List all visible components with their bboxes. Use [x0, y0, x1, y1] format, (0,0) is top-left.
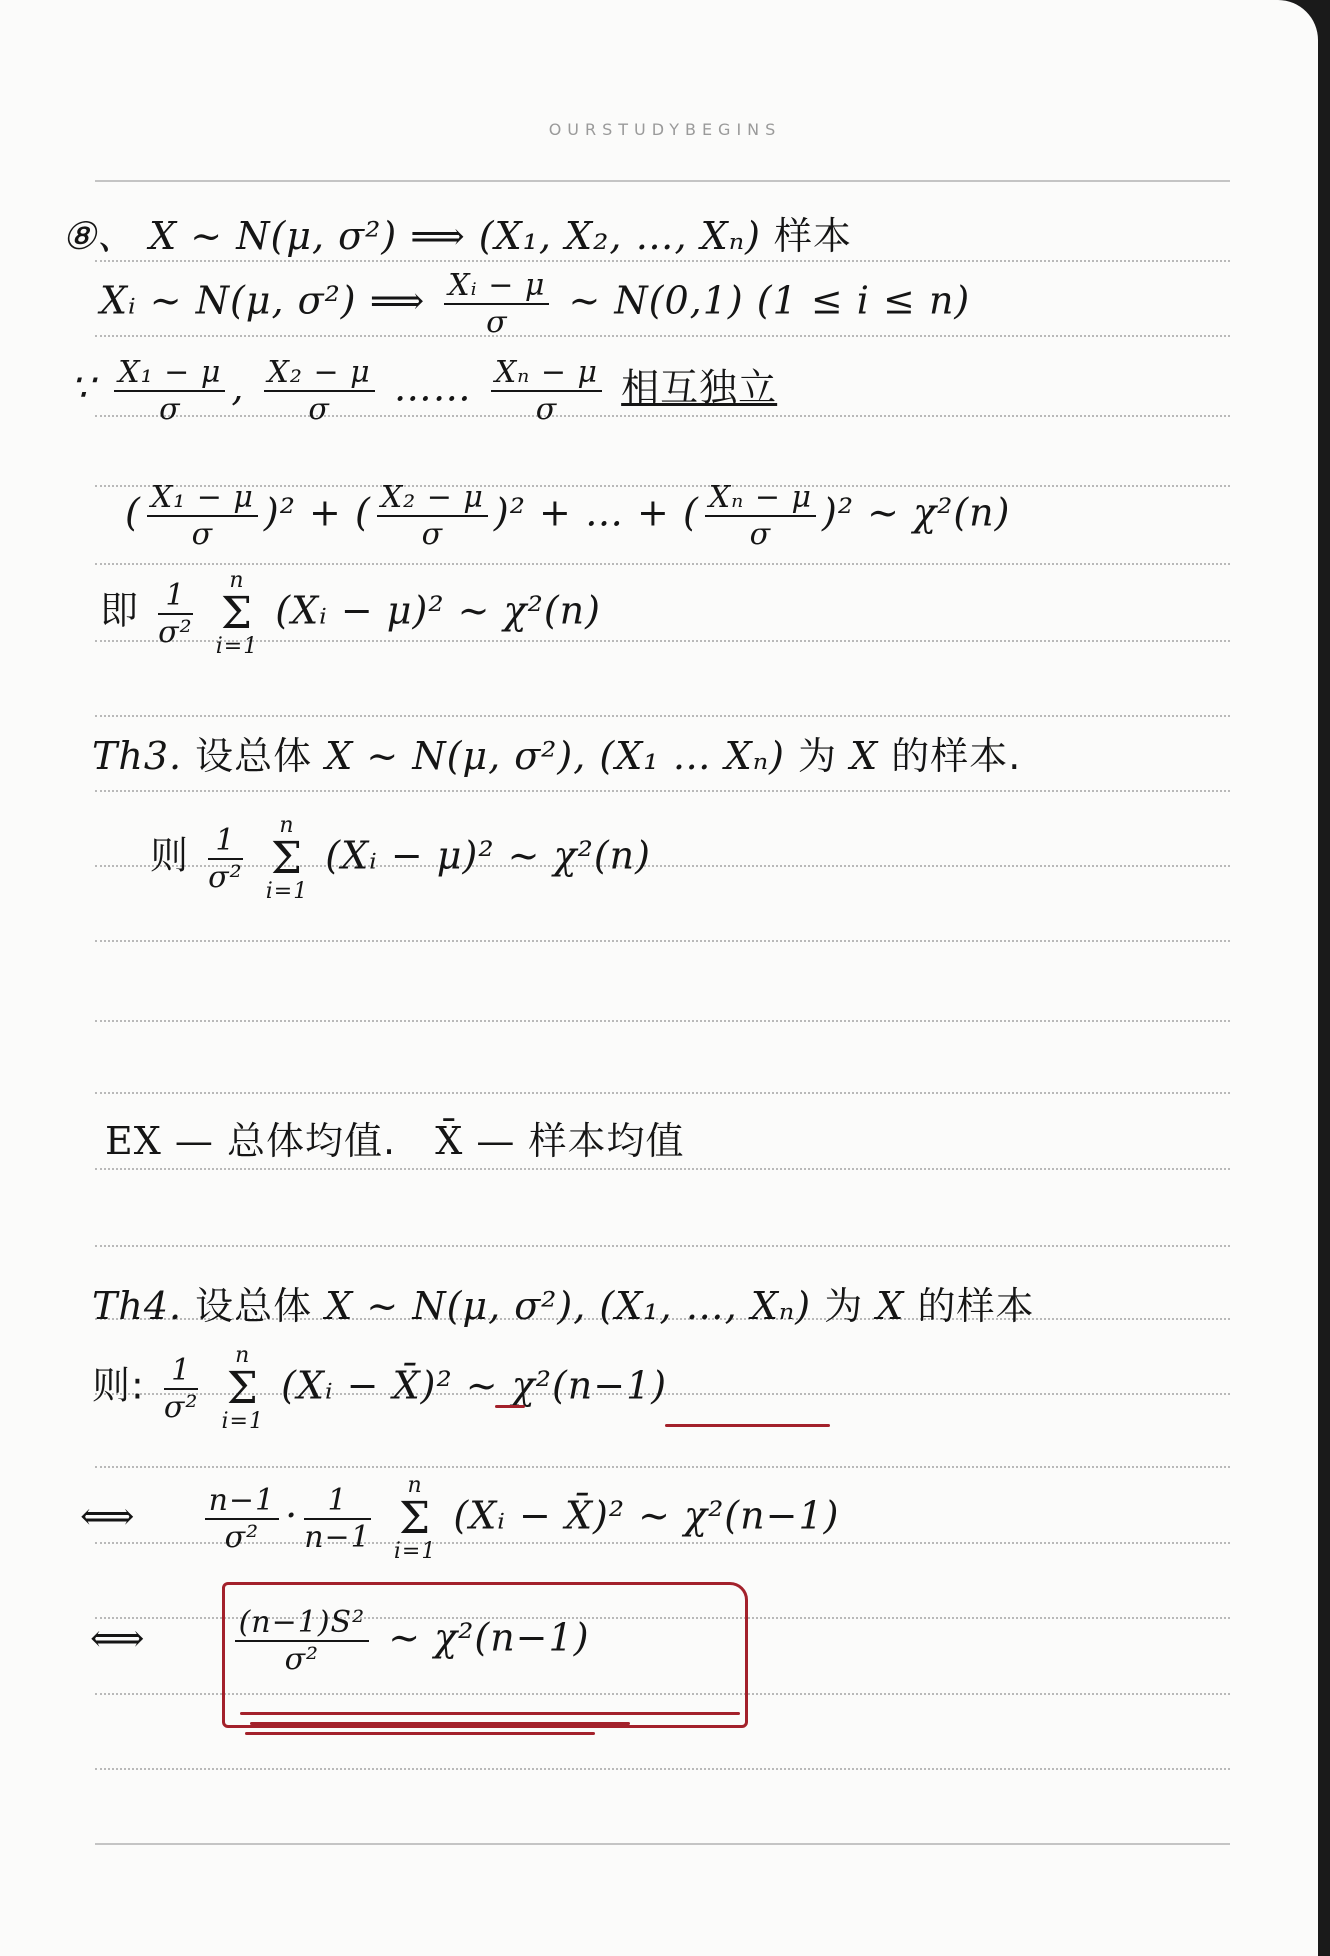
cjk-text: 则	[150, 834, 189, 878]
cjk-text: 设总体	[195, 734, 312, 778]
numerator: X₁ − μ	[147, 480, 258, 517]
math-expression: X̄ —	[396, 1119, 528, 1163]
note-line-12-result: ⟺ (n−1)S²σ² ~ χ²(n−1)	[90, 1605, 590, 1677]
math-expression: X ~ N(μ, σ²) ⟹ (X₁, X₂, …, Xₙ)	[149, 214, 761, 258]
fraction: X₂ − μσ	[377, 480, 488, 552]
sigma-icon: Σ	[222, 1367, 264, 1411]
denominator: σ	[491, 392, 602, 427]
red-underline	[240, 1712, 740, 1715]
red-underline	[665, 1424, 830, 1427]
cjk-text: 相互独立	[621, 366, 777, 410]
sum-lower: i=1	[222, 1409, 264, 1434]
denominator: σ²	[208, 860, 243, 895]
note-line-8: EX — 总体均值. X̄ — 样本均值	[105, 1110, 685, 1165]
math-expression: (Xᵢ − X̄)² ~ χ²(n−1)	[281, 1364, 667, 1408]
math-expression: X	[837, 734, 891, 778]
math-expression: X ~ N(μ, σ²), (X₁ … Xₙ)	[312, 734, 798, 778]
cjk-text: 即	[100, 589, 139, 633]
theorem-label: Th3.	[92, 734, 182, 778]
numerator: (n−1)S²	[235, 1605, 370, 1642]
math-expression: ~ N(0,1) (1 ≤ i ≤ n)	[568, 279, 970, 323]
ruled-line	[95, 260, 1230, 262]
denominator: σ	[147, 517, 258, 552]
sigma-icon: Σ	[216, 592, 258, 636]
fraction: Xᵢ − μσ	[444, 268, 549, 340]
numerator: Xₙ − μ	[705, 480, 816, 517]
ruled-line	[95, 940, 1230, 942]
separator: ,	[231, 366, 257, 410]
numerator: Xᵢ − μ	[444, 268, 549, 305]
cjk-text: 设总体	[195, 1284, 312, 1328]
ruled-line	[95, 1245, 1230, 1247]
fraction: Xₙ − μσ	[491, 355, 602, 427]
note-line-5: 即 1σ² nΣi=1 (Xᵢ − μ)² ~ χ²(n)	[100, 570, 601, 658]
ellipsis: ……	[394, 366, 485, 410]
ellipsis: + … +	[526, 491, 683, 535]
note-line-6-theorem-3: Th3. 设总体 X ~ N(μ, σ²), (X₁ … Xₙ) 为 X 的样本…	[92, 725, 1021, 780]
equivalence-arrow-icon: ⟺	[90, 1616, 145, 1660]
note-line-11: ⟺ n−1σ²·1n−1 nΣi=1 (Xᵢ − X̄)² ~ χ²(n−1)	[80, 1475, 839, 1563]
cjk-text: 则:	[92, 1364, 145, 1408]
numerator: n−1	[205, 1483, 280, 1520]
denominator: σ²	[164, 1390, 199, 1425]
denominator: σ²	[205, 1520, 280, 1555]
denominator: n−1	[304, 1520, 371, 1555]
math-expression: ~ χ²(n−1)	[388, 1616, 589, 1660]
sum-lower: i=1	[394, 1539, 436, 1564]
ruled-line	[95, 715, 1230, 717]
fraction: n−1σ²	[205, 1483, 280, 1555]
cjk-text: 为	[824, 1284, 863, 1328]
summation: nΣi=1	[394, 1475, 436, 1563]
fraction: 1n−1	[304, 1483, 371, 1555]
red-underline	[245, 1732, 595, 1735]
denominator: σ	[264, 392, 375, 427]
ruled-line	[95, 1843, 1230, 1845]
math-expression: (Xᵢ − μ)² ~ χ²(n)	[325, 834, 651, 878]
numerator: X₂ − μ	[264, 355, 375, 392]
item-label: ⑧、	[62, 214, 136, 258]
sum-lower: i=1	[266, 879, 308, 904]
ruled-line	[95, 1092, 1230, 1094]
numerator: 1	[164, 1353, 199, 1390]
red-underline	[250, 1722, 630, 1725]
fraction: (n−1)S²σ²	[235, 1605, 370, 1677]
math-expression: X ~ N(μ, σ²), (X₁, …, Xₙ)	[312, 1284, 824, 1328]
summation: nΣi=1	[266, 815, 308, 903]
because-symbol: ∵	[70, 366, 108, 410]
ruled-line	[95, 180, 1230, 182]
numerator: 1	[208, 823, 243, 860]
note-line-1: ⑧、 X ~ N(μ, σ²) ⟹ (X₁, X₂, …, Xₙ) 样本	[62, 205, 852, 260]
cjk-text: 的样本.	[891, 734, 1021, 778]
math-expression: (Xᵢ − X̄)² ~ χ²(n−1)	[453, 1494, 839, 1538]
note-line-10: 则: 1σ² nΣi=1 (Xᵢ − X̄)² ~ χ²(n−1)	[92, 1345, 667, 1433]
cjk-text: 的样本	[917, 1284, 1034, 1328]
note-line-9-theorem-4: Th4. 设总体 X ~ N(μ, σ²), (X₁, …, Xₙ) 为 X 的…	[92, 1275, 1034, 1330]
note-line-2: Xᵢ ~ N(μ, σ²) ⟹ Xᵢ − μσ ~ N(0,1) (1 ≤ i …	[100, 268, 970, 340]
ruled-line	[95, 790, 1230, 792]
note-line-4: (X₁ − μσ)² + (X₂ − μσ)² + … + (Xₙ − μσ)²…	[125, 480, 1010, 552]
fraction: 1σ²	[164, 1353, 199, 1425]
denominator: σ	[114, 392, 225, 427]
numerator: 1	[304, 1483, 371, 1520]
sigma-icon: Σ	[394, 1497, 436, 1541]
cjk-text: 样本	[774, 214, 852, 258]
notebook-brand: OURSTUDYBEGINS	[0, 120, 1330, 139]
denominator: σ²	[235, 1642, 370, 1677]
note-line-3: ∵ X₁ − μσ, X₂ − μσ …… Xₙ − μσ 相互独立	[70, 355, 777, 427]
notebook-page: OURSTUDYBEGINS ⑧、 X ~ N(μ, σ²) ⟹ (X₁, X₂…	[0, 0, 1318, 1956]
sigma-icon: Σ	[266, 837, 308, 881]
denominator: σ²	[158, 615, 193, 650]
cjk-text: 为	[798, 734, 837, 778]
ruled-line	[95, 563, 1230, 565]
math-expression: EX —	[105, 1119, 227, 1163]
numerator: Xₙ − μ	[491, 355, 602, 392]
fraction: X₁ − μσ	[147, 480, 258, 552]
fraction: 1σ²	[208, 823, 243, 895]
ruled-line	[95, 1020, 1230, 1022]
denominator: σ	[444, 305, 549, 340]
theorem-label: Th4.	[92, 1284, 182, 1328]
math-expression: (Xᵢ − μ)² ~ χ²(n)	[275, 589, 601, 633]
cjk-text: 样本均值	[529, 1119, 685, 1163]
numerator: X₂ − μ	[377, 480, 488, 517]
numerator: X₁ − μ	[114, 355, 225, 392]
math-expression: X	[863, 1284, 917, 1328]
fraction: Xₙ − μσ	[705, 480, 816, 552]
fraction: 1σ²	[158, 578, 193, 650]
numerator: 1	[158, 578, 193, 615]
cjk-text: 总体均值.	[227, 1119, 396, 1163]
ruled-line	[95, 1466, 1230, 1468]
math-expression: Xᵢ ~ N(μ, σ²) ⟹	[100, 279, 438, 323]
fraction: X₁ − μσ	[114, 355, 225, 427]
denominator: σ	[705, 517, 816, 552]
summation: nΣi=1	[222, 1345, 264, 1433]
fraction: X₂ − μσ	[264, 355, 375, 427]
red-mark	[495, 1405, 525, 1408]
sum-lower: i=1	[216, 634, 258, 659]
equivalence-arrow-icon: ⟺	[80, 1494, 135, 1538]
ruled-line	[95, 1168, 1230, 1170]
ruled-line	[95, 1768, 1230, 1770]
summation: nΣi=1	[216, 570, 258, 658]
math-expression: ~ χ²(n)	[867, 491, 1010, 535]
note-line-7: 则 1σ² nΣi=1 (Xᵢ − μ)² ~ χ²(n)	[150, 815, 651, 903]
denominator: σ	[377, 517, 488, 552]
